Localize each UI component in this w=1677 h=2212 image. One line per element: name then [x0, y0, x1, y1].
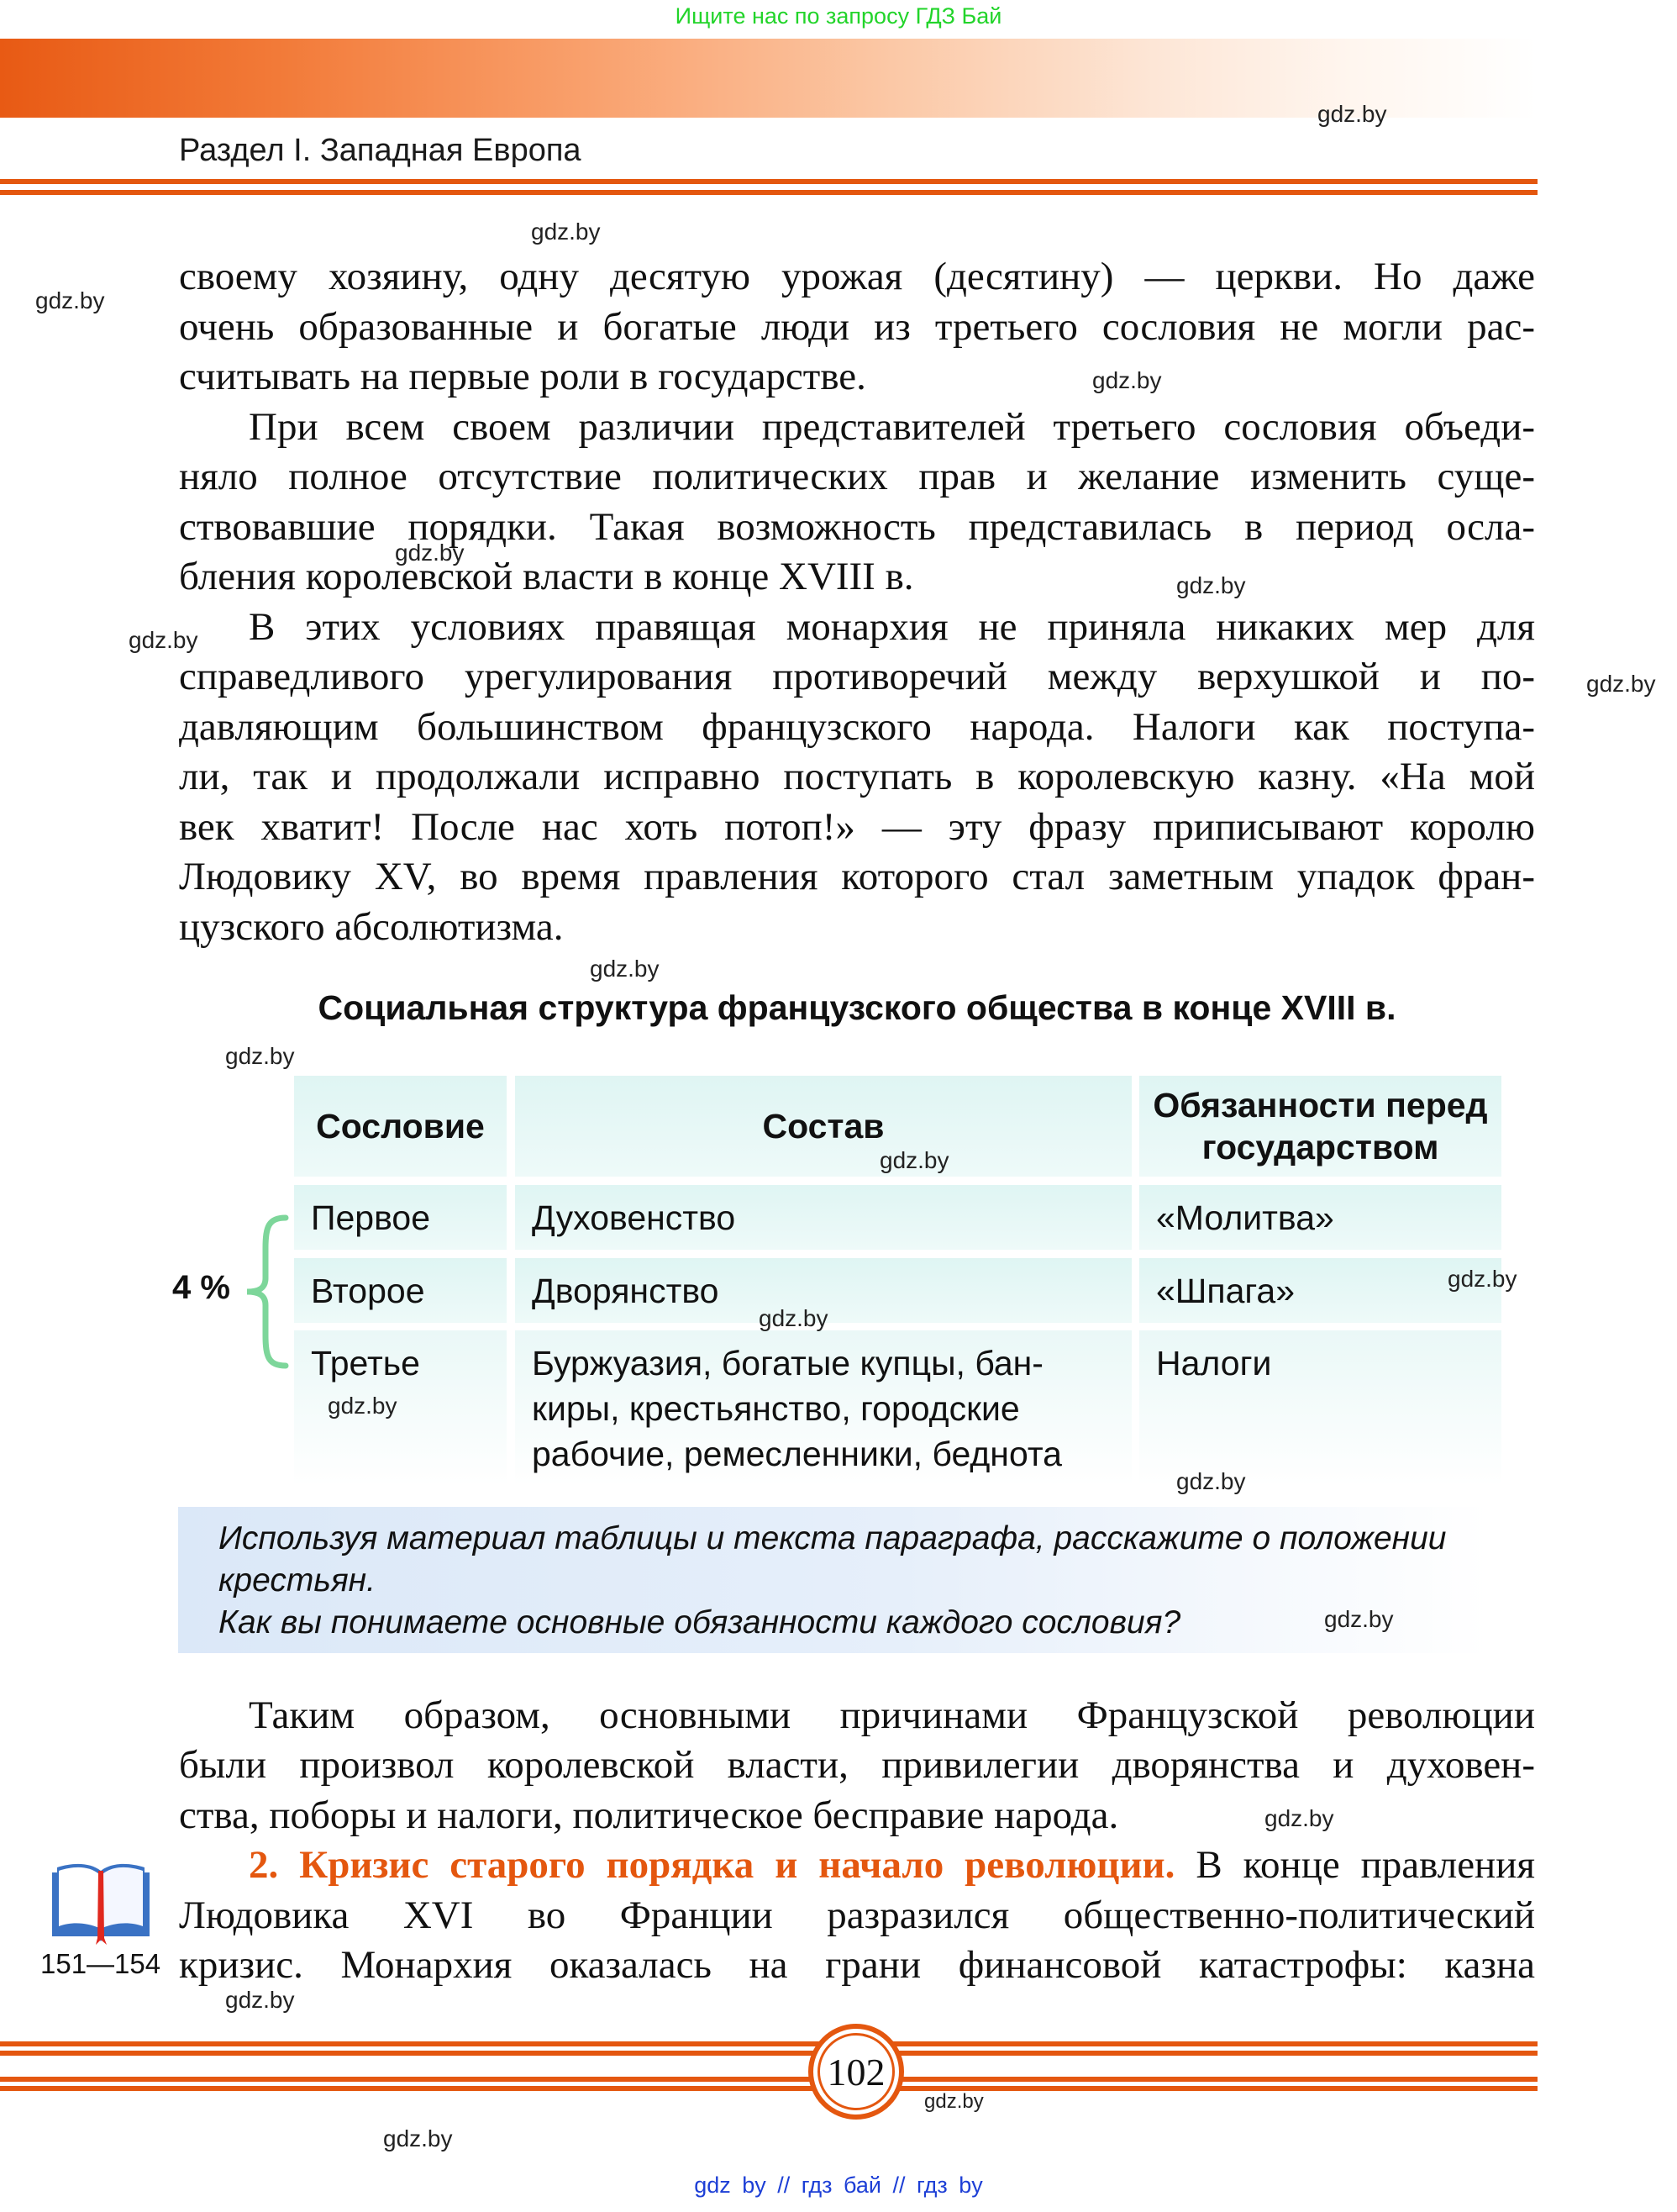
page-number-badge: 102	[808, 2024, 904, 2120]
watermark: gdz.by	[924, 2090, 984, 2114]
section-heading-line: 2. Кризис старого порядка и начало револ…	[249, 1840, 1535, 1890]
table-cell-estate: Второе	[294, 1258, 507, 1323]
watermark: gdz.by	[880, 1147, 949, 1174]
header-rule-2	[0, 190, 1538, 195]
text-line: Людовика XVI во Франции разразился общес…	[179, 1890, 1535, 1941]
text-line: считывать на первые роли в государстве.	[179, 351, 1535, 402]
watermark: gdz.by	[129, 627, 198, 654]
curly-brace-icon	[244, 1214, 289, 1369]
section-title: Раздел I. Западная Европа	[179, 133, 581, 169]
brace-label: 4 %	[172, 1269, 230, 1307]
composition-line: киры, крестьянство, городские	[532, 1386, 1132, 1431]
composition-line: Буржуазия, богатые купцы, бан-	[532, 1340, 1132, 1386]
watermark: gdz.by	[328, 1393, 397, 1419]
text-line: век хватит! После нас хоть потоп!» — эту…	[179, 802, 1535, 852]
table-header-duties: Обязанности перед государством	[1139, 1076, 1501, 1177]
text-line: ствовавшие порядки. Такая возможность пр…	[179, 502, 1535, 552]
table-header-composition: Состав	[515, 1076, 1132, 1177]
watermark: gdz.by	[531, 219, 601, 245]
composition-line: рабочие, ремесленники, беднота	[532, 1431, 1132, 1477]
table-cell-estate: Первое	[294, 1185, 507, 1250]
watermark: gdz.by	[1176, 1468, 1246, 1495]
text-line: очень образованные и богатые люди из тре…	[179, 302, 1535, 352]
text-line: Людовику XV, во время правления которого…	[179, 851, 1535, 902]
text-line: справедливого урегулирования противоречи…	[179, 651, 1535, 702]
text-line: кризис. Монархия оказалась на грани фина…	[179, 1940, 1535, 1990]
text-line: ли, так и продолжали исправно поступать …	[179, 751, 1535, 802]
header-rule-1	[0, 179, 1538, 184]
text-line: При всем своем различии представителей т…	[249, 402, 1535, 452]
section-heading: 2. Кризис старого порядка и начало револ…	[249, 1843, 1175, 1887]
text-line: своему хозяину, одну десятую урожая (дес…	[179, 251, 1535, 302]
text-line: бления королевской власти в конце XVIII …	[179, 551, 1535, 602]
table-cell-duty: «Молитва»	[1139, 1185, 1501, 1250]
watermark: gdz.by	[590, 956, 660, 982]
footer-rule-3	[0, 2077, 1538, 2082]
question-line: Используя материал таблицы и текста пара…	[218, 1518, 1446, 1560]
question-line: Как вы понимаете основные обязанности ка…	[218, 1602, 1180, 1644]
search-promo-banner: Ищите нас по запросу ГДЗ Бай	[0, 3, 1677, 29]
watermark: gdz.by	[1586, 671, 1656, 698]
question-line: крестьян.	[218, 1560, 376, 1602]
watermark: gdz.by	[1176, 572, 1246, 599]
watermark: gdz.by	[225, 1043, 295, 1070]
watermark: gdz.by	[1448, 1266, 1517, 1293]
text-line: давляющим большинством французского наро…	[179, 702, 1535, 752]
table-cell-composition: Буржуазия, богатые купцы, бан- киры, кре…	[515, 1330, 1132, 1486]
watermark: gdz.by	[35, 287, 105, 314]
table-cell-estate: Третье	[294, 1330, 507, 1486]
textbook-page-reference[interactable]: 151—154	[40, 1948, 160, 1980]
table-cell-composition: Духовенство	[515, 1185, 1132, 1250]
watermark: gdz.by	[225, 1987, 295, 2014]
text-line: няло полное отсутствие политических прав…	[179, 451, 1535, 502]
watermark: gdz.by	[395, 540, 465, 566]
header-gradient-bar	[0, 39, 1538, 118]
open-book-icon[interactable]	[49, 1861, 153, 1945]
watermark: gdz.by	[1324, 1606, 1394, 1633]
table-cell-duty: Налоги	[1139, 1330, 1501, 1486]
watermark: gdz.by	[1264, 1805, 1334, 1832]
watermark: gdz.by	[383, 2125, 453, 2152]
footer-rule-4	[0, 2086, 1538, 2091]
footer-rule-1	[0, 2041, 1538, 2046]
table-title: Социальная структура французского общест…	[179, 988, 1535, 1028]
page-number: 102	[817, 2033, 895, 2110]
text-line: Таким образом, основными причинами Франц…	[249, 1690, 1535, 1741]
text-fragment: В конце правления	[1175, 1843, 1535, 1887]
footer-links[interactable]: gdz by // гдз бай // гдз by	[0, 2172, 1677, 2199]
watermark: gdz.by	[759, 1305, 828, 1332]
text-line: В этих условиях правящая монархия не при…	[249, 602, 1535, 652]
table-header-estate: Сословие	[294, 1076, 507, 1177]
text-line: цузского абсолютизма.	[179, 902, 1535, 952]
watermark: gdz.by	[1092, 367, 1162, 394]
text-line: были произвол королевской власти, привил…	[179, 1740, 1535, 1790]
watermark: gdz.by	[1317, 101, 1387, 128]
footer-rule-2	[0, 2051, 1538, 2056]
